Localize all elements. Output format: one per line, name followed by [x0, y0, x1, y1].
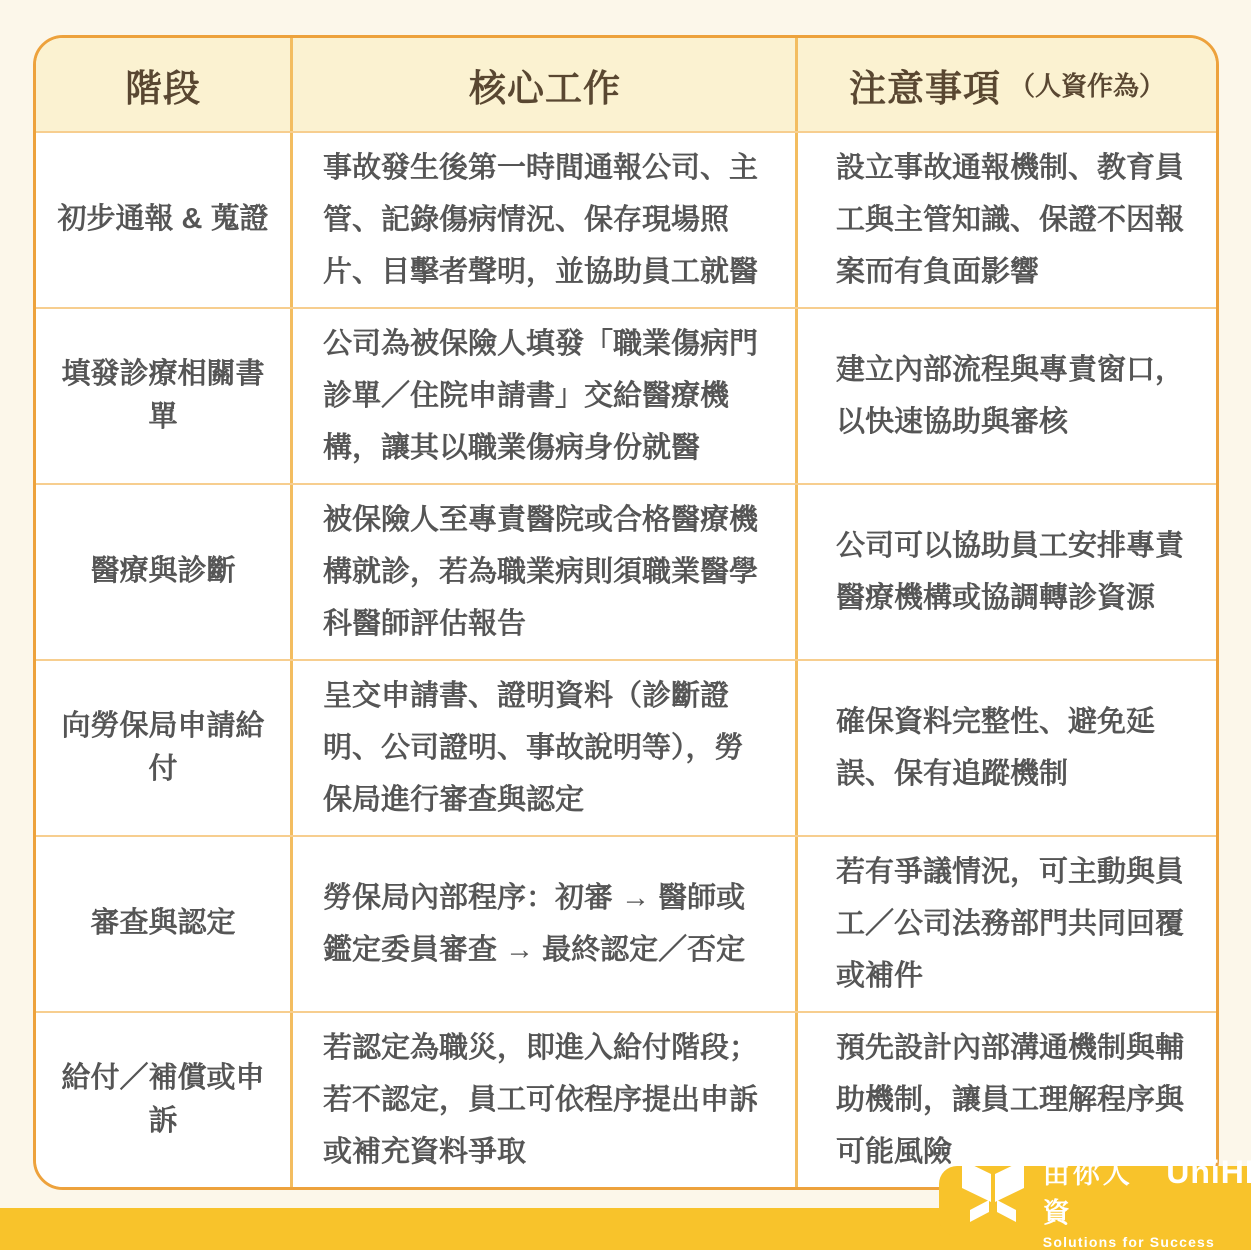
core-cell: 被保險人至專責醫院或合格醫療機構就診，若為職業病則須職業醫學科醫師評估報告 — [293, 485, 798, 659]
stage-label: 向勞保局申請給付 — [48, 705, 278, 792]
stage-cell: 醫療與診斷 — [36, 485, 293, 659]
stage-label: 給付／補償或申訴 — [48, 1057, 278, 1144]
header-cell-notes: 注意事項 （人資作為） — [798, 38, 1216, 131]
core-text: 公司為被保險人填發「職業傷病門診單／住院申請書」交給醫療機構，讓其以職業傷病身份… — [323, 318, 767, 475]
table-row: 給付／補償或申訴 若認定為職災，即進入給付階段；若不認定，員工可依程序提出申訴或… — [36, 1011, 1216, 1187]
header-cell-core: 核心工作 — [293, 38, 798, 131]
open-book-icon — [955, 1152, 1031, 1230]
notes-text: 設立事故通報機制、教育員工與主管知識、保證不因報案而有負面影響 — [836, 142, 1192, 299]
notes-text: 確保資料完整性、避免延誤、保有追蹤機制 — [836, 696, 1192, 800]
stage-cell: 向勞保局申請給付 — [36, 661, 293, 835]
brand-name-english: UniHR — [1166, 1154, 1251, 1191]
table-row: 醫療與診斷 被保險人至專責醫院或合格醫療機構就診，若為職業病則須職業醫學科醫師評… — [36, 483, 1216, 659]
notes-cell: 公司可以協助員工安排專責醫療機構或協調轉診資源 — [798, 485, 1216, 659]
notes-text: 公司可以協助員工安排專責醫療機構或協調轉診資源 — [836, 520, 1192, 624]
table-row: 向勞保局申請給付 呈交申請書、證明資料（診斷證明、公司證明、事故說明等），勞保局… — [36, 659, 1216, 835]
header-notes-sublabel: （人資作為） — [1009, 66, 1165, 103]
core-text: 若認定為職災，即進入給付階段；若不認定，員工可依程序提出申訴或補充資料爭取 — [323, 1022, 767, 1179]
table-header-row: 階段 核心工作 注意事項 （人資作為） — [36, 38, 1216, 131]
notes-cell: 確保資料完整性、避免延誤、保有追蹤機制 — [798, 661, 1216, 835]
brand-name-row: 由你人資 UniHR — [1043, 1152, 1251, 1230]
poster-page: 階段 核心工作 注意事項 （人資作為） 初步通報 & 蒐證 事故發生後第一時間通… — [0, 0, 1251, 1250]
core-cell: 若認定為職災，即進入給付階段；若不認定，員工可依程序提出申訴或補充資料爭取 — [293, 1013, 798, 1187]
table-row: 初步通報 & 蒐證 事故發生後第一時間通報公司、主管、記錄傷病情況、保存現場照片… — [36, 131, 1216, 307]
notes-text: 若有爭議情況，可主動與員工／公司法務部門共同回覆或補件 — [836, 846, 1192, 1003]
stage-label: 初步通報 & 蒐證 — [57, 198, 268, 242]
header-cell-stage: 階段 — [36, 38, 293, 131]
stage-cell: 審查與認定 — [36, 837, 293, 1011]
header-core-label: 核心工作 — [469, 58, 621, 112]
notes-text: 建立內部流程與專責窗口，以快速協助與審核 — [836, 344, 1192, 448]
process-table: 階段 核心工作 注意事項 （人資作為） 初步通報 & 蒐證 事故發生後第一時間通… — [33, 35, 1219, 1190]
brand-logo-text: 由你人資 UniHR Solutions for Success — [1043, 1152, 1251, 1250]
brand-name-chinese: 由你人資 — [1043, 1152, 1156, 1230]
stage-cell: 填發診療相關書單 — [36, 309, 293, 483]
core-cell: 勞保局內部程序：初審 → 醫師或鑑定委員審查 → 最終認定／否定 — [293, 837, 798, 1011]
stage-label: 審查與認定 — [90, 902, 235, 946]
stage-label: 填發診療相關書單 — [48, 353, 278, 440]
core-text: 勞保局內部程序：初審 → 醫師或鑑定委員審查 → 最終認定／否定 — [323, 872, 767, 976]
brand-tagline: Solutions for Success — [1043, 1234, 1251, 1250]
table-row: 審查與認定 勞保局內部程序：初審 → 醫師或鑑定委員審查 → 最終認定／否定 若… — [36, 835, 1216, 1011]
stage-cell: 給付／補償或申訴 — [36, 1013, 293, 1187]
notes-cell: 若有爭議情況，可主動與員工／公司法務部門共同回覆或補件 — [798, 837, 1216, 1011]
core-cell: 呈交申請書、證明資料（診斷證明、公司證明、事故說明等），勞保局進行審查與認定 — [293, 661, 798, 835]
header-notes-label: 注意事項 — [849, 58, 1001, 112]
core-text: 呈交申請書、證明資料（診斷證明、公司證明、事故說明等），勞保局進行審查與認定 — [323, 670, 767, 827]
notes-cell: 建立內部流程與專責窗口，以快速協助與審核 — [798, 309, 1216, 483]
notes-cell: 設立事故通報機制、教育員工與主管知識、保證不因報案而有負面影響 — [798, 133, 1216, 307]
header-stage-label: 階段 — [125, 58, 201, 112]
core-cell: 公司為被保險人填發「職業傷病門診單／住院申請書」交給醫療機構，讓其以職業傷病身份… — [293, 309, 798, 483]
stage-label: 醫療與診斷 — [90, 550, 235, 594]
table-row: 填發診療相關書單 公司為被保險人填發「職業傷病門診單／住院申請書」交給醫療機構，… — [36, 307, 1216, 483]
core-text: 事故發生後第一時間通報公司、主管、記錄傷病情況、保存現場照片、目擊者聲明，並協助… — [323, 142, 767, 299]
core-cell: 事故發生後第一時間通報公司、主管、記錄傷病情況、保存現場照片、目擊者聲明，並協助… — [293, 133, 798, 307]
stage-cell: 初步通報 & 蒐證 — [36, 133, 293, 307]
brand-logo-badge: 由你人資 UniHR Solutions for Success — [939, 1166, 1251, 1236]
core-text: 被保險人至專責醫院或合格醫療機構就診，若為職業病則須職業醫學科醫師評估報告 — [323, 494, 767, 651]
